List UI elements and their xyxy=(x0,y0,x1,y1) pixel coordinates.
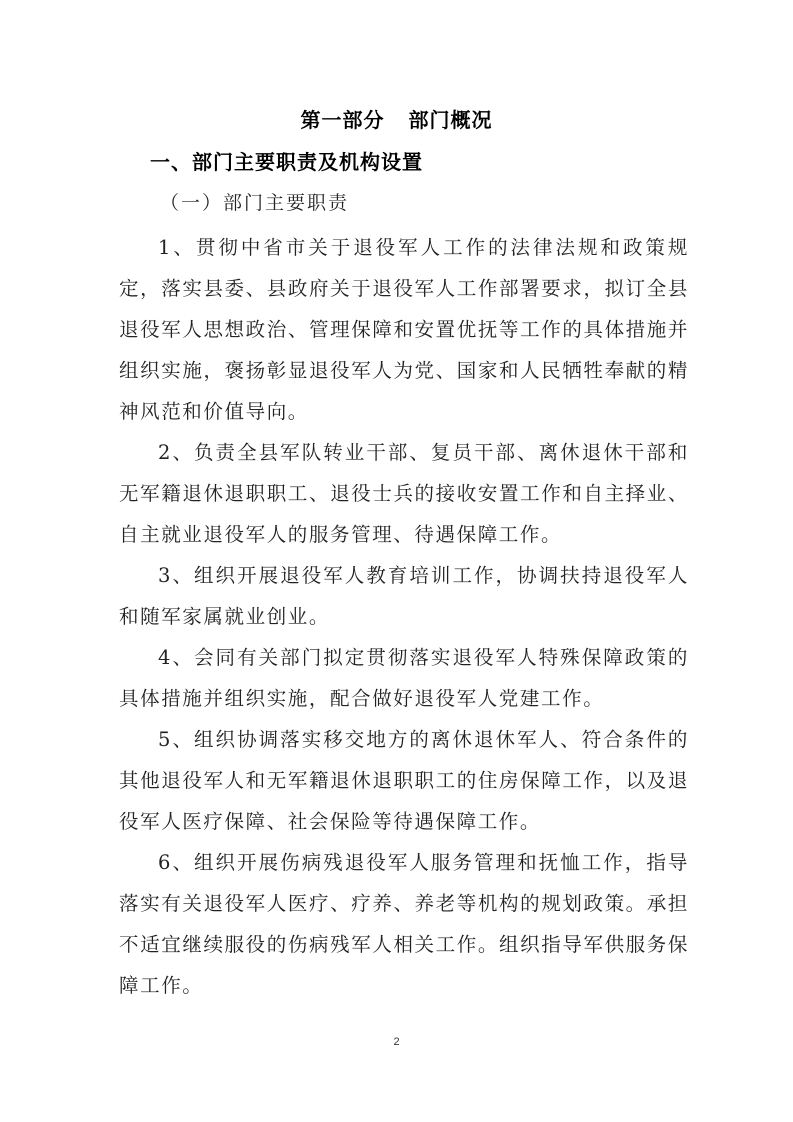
document-page: 第一部分部门概况 一、部门主要职责及机构设置 （一）部门主要职责 1、贯彻中省市… xyxy=(0,0,793,1122)
paragraph-duty-2: 2、负责全县军队转业干部、复员干部、离休退休干部和无军籍退休退职职工、退役士兵的… xyxy=(119,432,689,555)
part-title-text: 部门概况 xyxy=(409,108,493,132)
paragraph-duty-5: 5、组织协调落实移交地方的离休退休军人、符合条件的其他退役军人和无军籍退休退职职… xyxy=(119,719,689,842)
paragraph-duty-1: 1、贯彻中省市关于退役军人工作的法律法规和政策规定，落实县委、县政府关于退役军人… xyxy=(119,227,689,432)
part-title-prefix: 第一部分 xyxy=(301,108,385,132)
body-text: 1、贯彻中省市关于退役军人工作的法律法规和政策规定，落实县委、县政府关于退役军人… xyxy=(119,227,689,1006)
subsection-title: （一）部门主要职责 xyxy=(160,188,349,215)
page-number: 2 xyxy=(0,1036,793,1048)
paragraph-duty-4: 4、会同有关部门拟定贯彻落实退役军人特殊保障政策的具体措施并组织实施，配合做好退… xyxy=(119,637,689,719)
part-title: 第一部分部门概况 xyxy=(0,104,793,133)
section-title: 一、部门主要职责及机构设置 xyxy=(150,146,423,175)
paragraph-duty-6: 6、组织开展伤病残退役军人服务管理和抚恤工作，指导落实有关退役军人医疗、疗养、养… xyxy=(119,842,689,1006)
paragraph-duty-3: 3、组织开展退役军人教育培训工作，协调扶持退役军人和随军家属就业创业。 xyxy=(119,555,689,637)
